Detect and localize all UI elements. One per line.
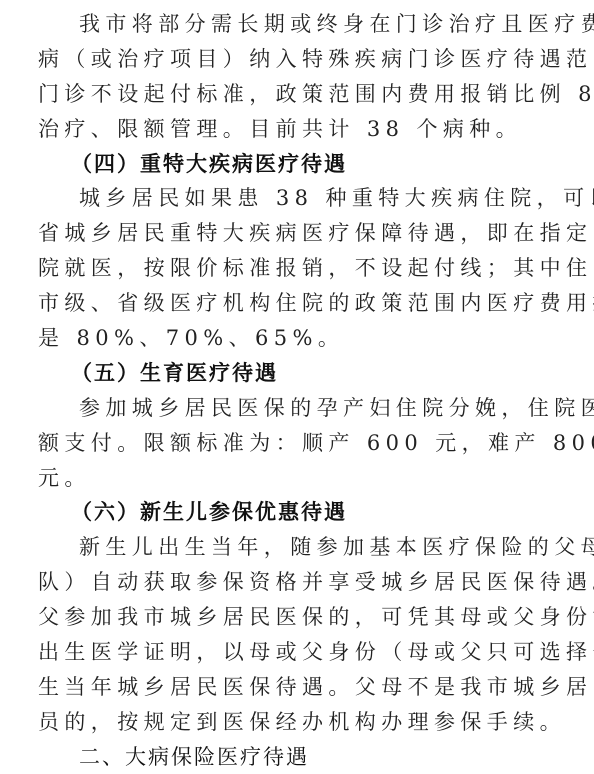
paragraph-line: 院就医，按限价标准报销，不设起付线；其中住院病种县级、: [38, 251, 556, 286]
paragraph-line: 队）自动获取参保资格并享受城乡居民医保待遇。新生儿母或: [38, 565, 556, 600]
paragraph-line: 门诊不设起付标准，政策范围内费用报销比例 80%，实行定点: [38, 77, 556, 112]
paragraph-line: 病（或治疗项目）纳入特殊疾病门诊医疗待遇范围。特殊疾病: [38, 42, 556, 77]
paragraph-line: 是 80%、70%、65%。: [38, 321, 556, 356]
paragraph-line: 生当年城乡居民医保待遇。父母不是我市城乡居民医保参保人: [38, 670, 556, 705]
section-heading: （四）重特大疾病医疗待遇: [38, 147, 556, 182]
section-critical-illness-insurance: 二、大病保险医疗待遇: [38, 740, 556, 774]
section-newborn: （六）新生儿参保优惠待遇 新生儿出生当年，随参加基本医疗保险的父母（含驻洛部 队…: [38, 495, 556, 739]
document-page: 我市将部分需长期或终身在门诊治疗且医疗费用较高的疾 病（或治疗项目）纳入特殊疾病…: [38, 7, 556, 774]
paragraph-line: 出生医学证明，以母或父身份（母或父只可选择一方）享受出: [38, 635, 556, 670]
section-heading: （六）新生儿参保优惠待遇: [38, 495, 556, 530]
paragraph-line: 市级、省级医疗机构住院的政策范围内医疗费用报销比例分别: [38, 286, 556, 321]
paragraph-line: 城乡居民如果患 38 种重特大疾病住院，可以按规定享受我: [38, 181, 556, 216]
paragraph-line: 治疗、限额管理。目前共计 38 个病种。: [38, 112, 556, 147]
section-heading: （五）生育医疗待遇: [38, 356, 556, 391]
chapter-heading: 二、大病保险医疗待遇: [38, 740, 556, 774]
paragraph-line: 额支付。限额标准为：顺产 600 元，难产 800 元，剖宫产 1600: [38, 426, 556, 461]
section-major-disease: （四）重特大疾病医疗待遇 城乡居民如果患 38 种重特大疾病住院，可以按规定享受…: [38, 147, 556, 356]
paragraph-line: 元。: [38, 461, 556, 496]
paragraph-line: 父参加我市城乡居民医保的，可凭其母或父身份证明、新生儿: [38, 600, 556, 635]
section-maternity: （五）生育医疗待遇 参加城乡居民医保的孕产妇住院分娩，住院医疗费实行限 额支付。…: [38, 356, 556, 496]
section-special-outpatient: 我市将部分需长期或终身在门诊治疗且医疗费用较高的疾 病（或治疗项目）纳入特殊疾病…: [38, 7, 556, 147]
paragraph-line: 参加城乡居民医保的孕产妇住院分娩，住院医疗费实行限: [38, 391, 556, 426]
paragraph-line: 省城乡居民重特大疾病医疗保障待遇，即在指定的医疗机构住: [38, 216, 556, 251]
paragraph-line: 员的，按规定到医保经办机构办理参保手续。: [38, 705, 556, 740]
paragraph-line: 我市将部分需长期或终身在门诊治疗且医疗费用较高的疾: [38, 7, 556, 42]
paragraph-line: 新生儿出生当年，随参加基本医疗保险的父母（含驻洛部: [38, 530, 556, 565]
